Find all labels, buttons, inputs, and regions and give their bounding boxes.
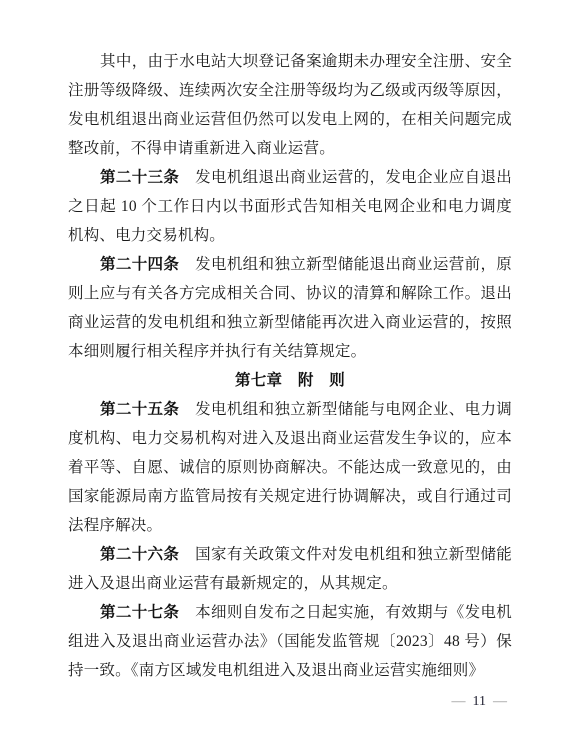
chapter-heading: 第七章 附 则 <box>68 366 512 395</box>
article-number: 第二十七条 <box>100 604 179 621</box>
body-text: 其中，由于水电站大坝登记备案逾期未办理安全注册、安全注册等级降级、连续两次安全注… <box>68 53 512 157</box>
paragraph: 第二十三条 发电机组退出商业运营的，发电企业应自退出之日起 10 个工作日内以书… <box>68 163 512 250</box>
footer-dash-right: — <box>493 694 507 709</box>
paragraph: 其中，由于水电站大坝登记备案逾期未办理安全注册、安全注册等级降级、连续两次安全注… <box>68 47 512 163</box>
document-body: 其中，由于水电站大坝登记备案逾期未办理安全注册、安全注册等级降级、连续两次安全注… <box>68 47 512 685</box>
page-footer: —11— <box>452 692 507 712</box>
article-number: 第二十六条 <box>100 546 179 563</box>
article-number: 第二十五条 <box>100 401 179 418</box>
paragraph: 第二十五条 发电机组和独立新型储能与电网企业、电力调度机构、电力交易机构对进入及… <box>68 395 512 540</box>
body-text: 发电机组和独立新型储能与电网企业、电力调度机构、电力交易机构对进入及退出商业运营… <box>68 401 512 534</box>
article-number: 第二十四条 <box>100 256 179 273</box>
footer-dash-left: — <box>452 694 466 709</box>
article-number: 第二十三条 <box>100 169 179 186</box>
paragraph: 第二十四条 发电机组和独立新型储能退出商业运营前，原则上应与有关各方完成相关合同… <box>68 250 512 366</box>
paragraph: 第二十六条 国家有关政策文件对发电机组和独立新型储能进入及退出商业运营有最新规定… <box>68 540 512 598</box>
page-number: 11 <box>473 694 486 709</box>
paragraph: 第二十七条 本细则自发布之日起实施，有效期与《发电机组进入及退出商业运营办法》（… <box>68 598 512 685</box>
document-page: 其中，由于水电站大坝登记备案逾期未办理安全注册、安全注册等级降级、连续两次安全注… <box>0 0 579 756</box>
